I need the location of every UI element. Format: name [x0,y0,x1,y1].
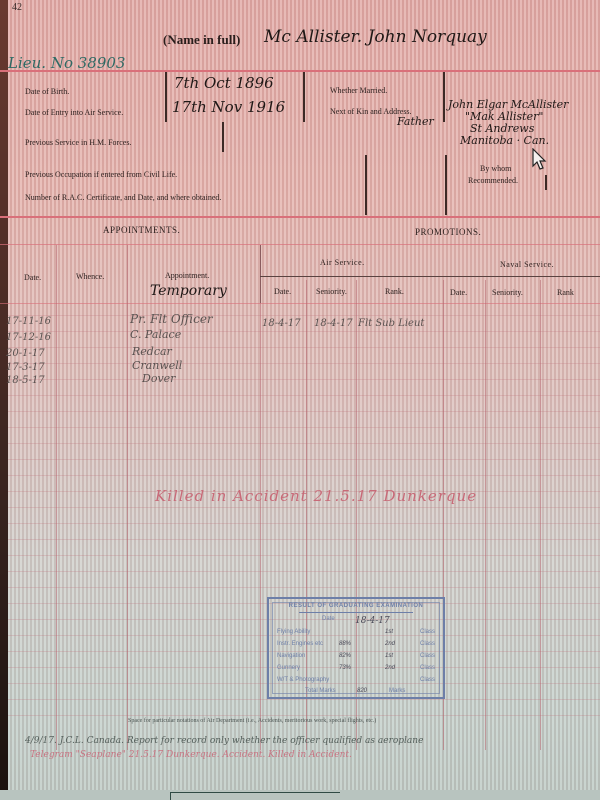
stamp-date-value: 18-4-17 [355,616,390,626]
remarks-header: Space for particular notations of Air De… [128,718,376,724]
stamp-date-row: Date 18-4-17 [277,616,435,625]
page-number: 42 [12,2,22,13]
col-divider [56,245,57,750]
exam-result-stamp: RESULT OF GRADUATING EXAMINATION Date 18… [267,597,445,699]
remarks-line-1: 4/9/17. J.C.L. Canada. Report for record… [25,736,423,746]
stamp-row-class-label: Class [420,677,435,683]
stamp-row-class-value: 1st [385,629,393,635]
col-divider [260,245,261,303]
col-divider [260,303,261,750]
naval-col-seniority: Seniority. [492,288,523,297]
stamp-row-class-value: 2nd [385,641,395,647]
stamp-row-mark: 82% [339,653,351,659]
service-divider [260,276,600,277]
appointments-title: APPOINTMENTS. [103,225,180,235]
appt-row-1-appointment: Pr. Flt Officer [130,312,213,326]
divider [222,122,224,152]
divider [165,72,167,122]
stamp-row-mark: 73% [339,665,351,671]
divider [365,155,367,215]
naval-service-label: Naval Service. [500,260,554,269]
col-divider [127,245,128,750]
date-of-birth-label: Date of Birth. [25,87,69,96]
appt-col-date: Date. [24,273,41,282]
rule-headers [0,244,600,245]
stamp-row-label: Flying Ability [277,629,310,635]
recommended-label-2: Recommended. [468,176,518,185]
stamp-row-class-label: Class [420,641,435,647]
screen-bezel [0,0,8,800]
promotions-title: PROMOTIONS. [415,227,481,237]
air-service-label: Air Service. [320,258,365,267]
promo-row-1-seniority: 18-4-17 [314,318,353,329]
stamp-row: Flying Ability 1st Class [277,629,435,638]
divider [303,72,305,122]
stamp-total-label: Total Marks [305,688,336,694]
stamp-row-label: Gunnery [277,665,300,671]
window-tab-edge [170,792,340,800]
appt-row-2-date: 17-12-16 [6,332,51,343]
col-divider [540,280,541,750]
divider [545,175,547,190]
appt-col-appointment: Appointment. [165,271,209,280]
rac-certificate-label: Number of R.A.C. Certificate, and Date, … [25,193,221,202]
whether-married-label: Whether Married. [330,86,387,95]
rule-top [0,70,600,72]
killed-in-accident-note: Killed in Accident 21.5.17 Dunkerque [155,487,477,505]
promo-row-1-date: 18-4-17 [262,318,301,329]
next-of-kin-line-4: Manitoba · Can. [460,134,549,147]
stamp-row-class-value: 1st [385,653,393,659]
date-of-birth-value: 7th Oct 1896 [174,74,274,92]
stamp-row-label: Instr. Engines etc [277,641,323,647]
stamp-row-class-label: Class [420,653,435,659]
screen-bottom-edge [0,790,600,800]
divider [445,155,447,215]
date-of-entry-value: 17th Nov 1916 [172,98,285,116]
appt-row-1-date: 17-11-16 [6,316,51,327]
stamp-title-underline [299,612,413,613]
stamp-row-label: Navigation [277,653,305,659]
recommended-label-1: By whom [480,164,511,173]
naval-col-date: Date. [450,288,467,297]
stamp-total-value: 820 [357,688,367,694]
stamp-row: Gunnery 73% 2nd Class [277,665,435,674]
stamp-row: Instr. Engines etc 88% 2nd Class [277,641,435,650]
temporary-note: Temporary [150,283,227,299]
stamp-row-mark: 88% [339,641,351,647]
name-label: (Name in full) [163,32,240,48]
appt-row-2-appointment: C. Palace [130,328,181,341]
appt-row-4-appointment: Cranwell [132,359,182,372]
naval-col-rank: Rank [557,288,574,297]
stamp-row-class-value: 2nd [385,665,395,671]
air-col-rank: Rank. [385,287,404,296]
air-col-seniority: Seniority. [316,287,347,296]
stamp-total-row: Total Marks 820 Marks [277,688,435,697]
appt-row-3-date: 20-1-17 [6,348,45,359]
stamp-title: RESULT OF GRADUATING EXAMINATION [269,603,443,609]
previous-occupation-label: Previous Occupation if entered from Civi… [25,170,177,179]
remarks-line-2: Telegram "Seaplane" 21.5.17 Dunkerque. A… [30,750,352,760]
appt-col-whence: Whence. [76,272,104,281]
stamp-date-label: Date [322,616,335,622]
stamp-row-label: W/T & Photography [277,677,329,683]
col-divider [485,280,486,750]
promo-row-1-rank: Flt Sub Lieut [358,318,424,329]
document-screenshot: 42 (Name in full) Mc Allister. John Norq… [0,0,600,800]
date-of-entry-label: Date of Entry into Air Service. [25,108,123,117]
appt-row-5-appointment: Dover [142,372,175,385]
stamp-row-class-label: Class [420,665,435,671]
stamp-marks-label: Marks [389,688,405,694]
rule-section [0,216,600,218]
divider [443,72,445,122]
name-value: Mc Allister. John Norquay [264,27,487,47]
stamp-row-class-label: Class [420,629,435,635]
rule-col-headers [0,303,600,304]
next-of-kin-relation: Father [397,115,434,128]
mouse-cursor-icon [532,148,548,172]
appt-row-3-appointment: Redcar [132,345,172,358]
stamp-row: W/T & Photography Class [277,677,435,686]
air-col-date: Date. [274,287,291,296]
stamp-row: Navigation 82% 1st Class [277,653,435,662]
appt-row-4-date: 17-3-17 [6,362,45,373]
appt-row-5-date: 18-5-17 [6,375,45,386]
previous-service-label: Previous Service in H.M. Forces. [25,138,131,147]
